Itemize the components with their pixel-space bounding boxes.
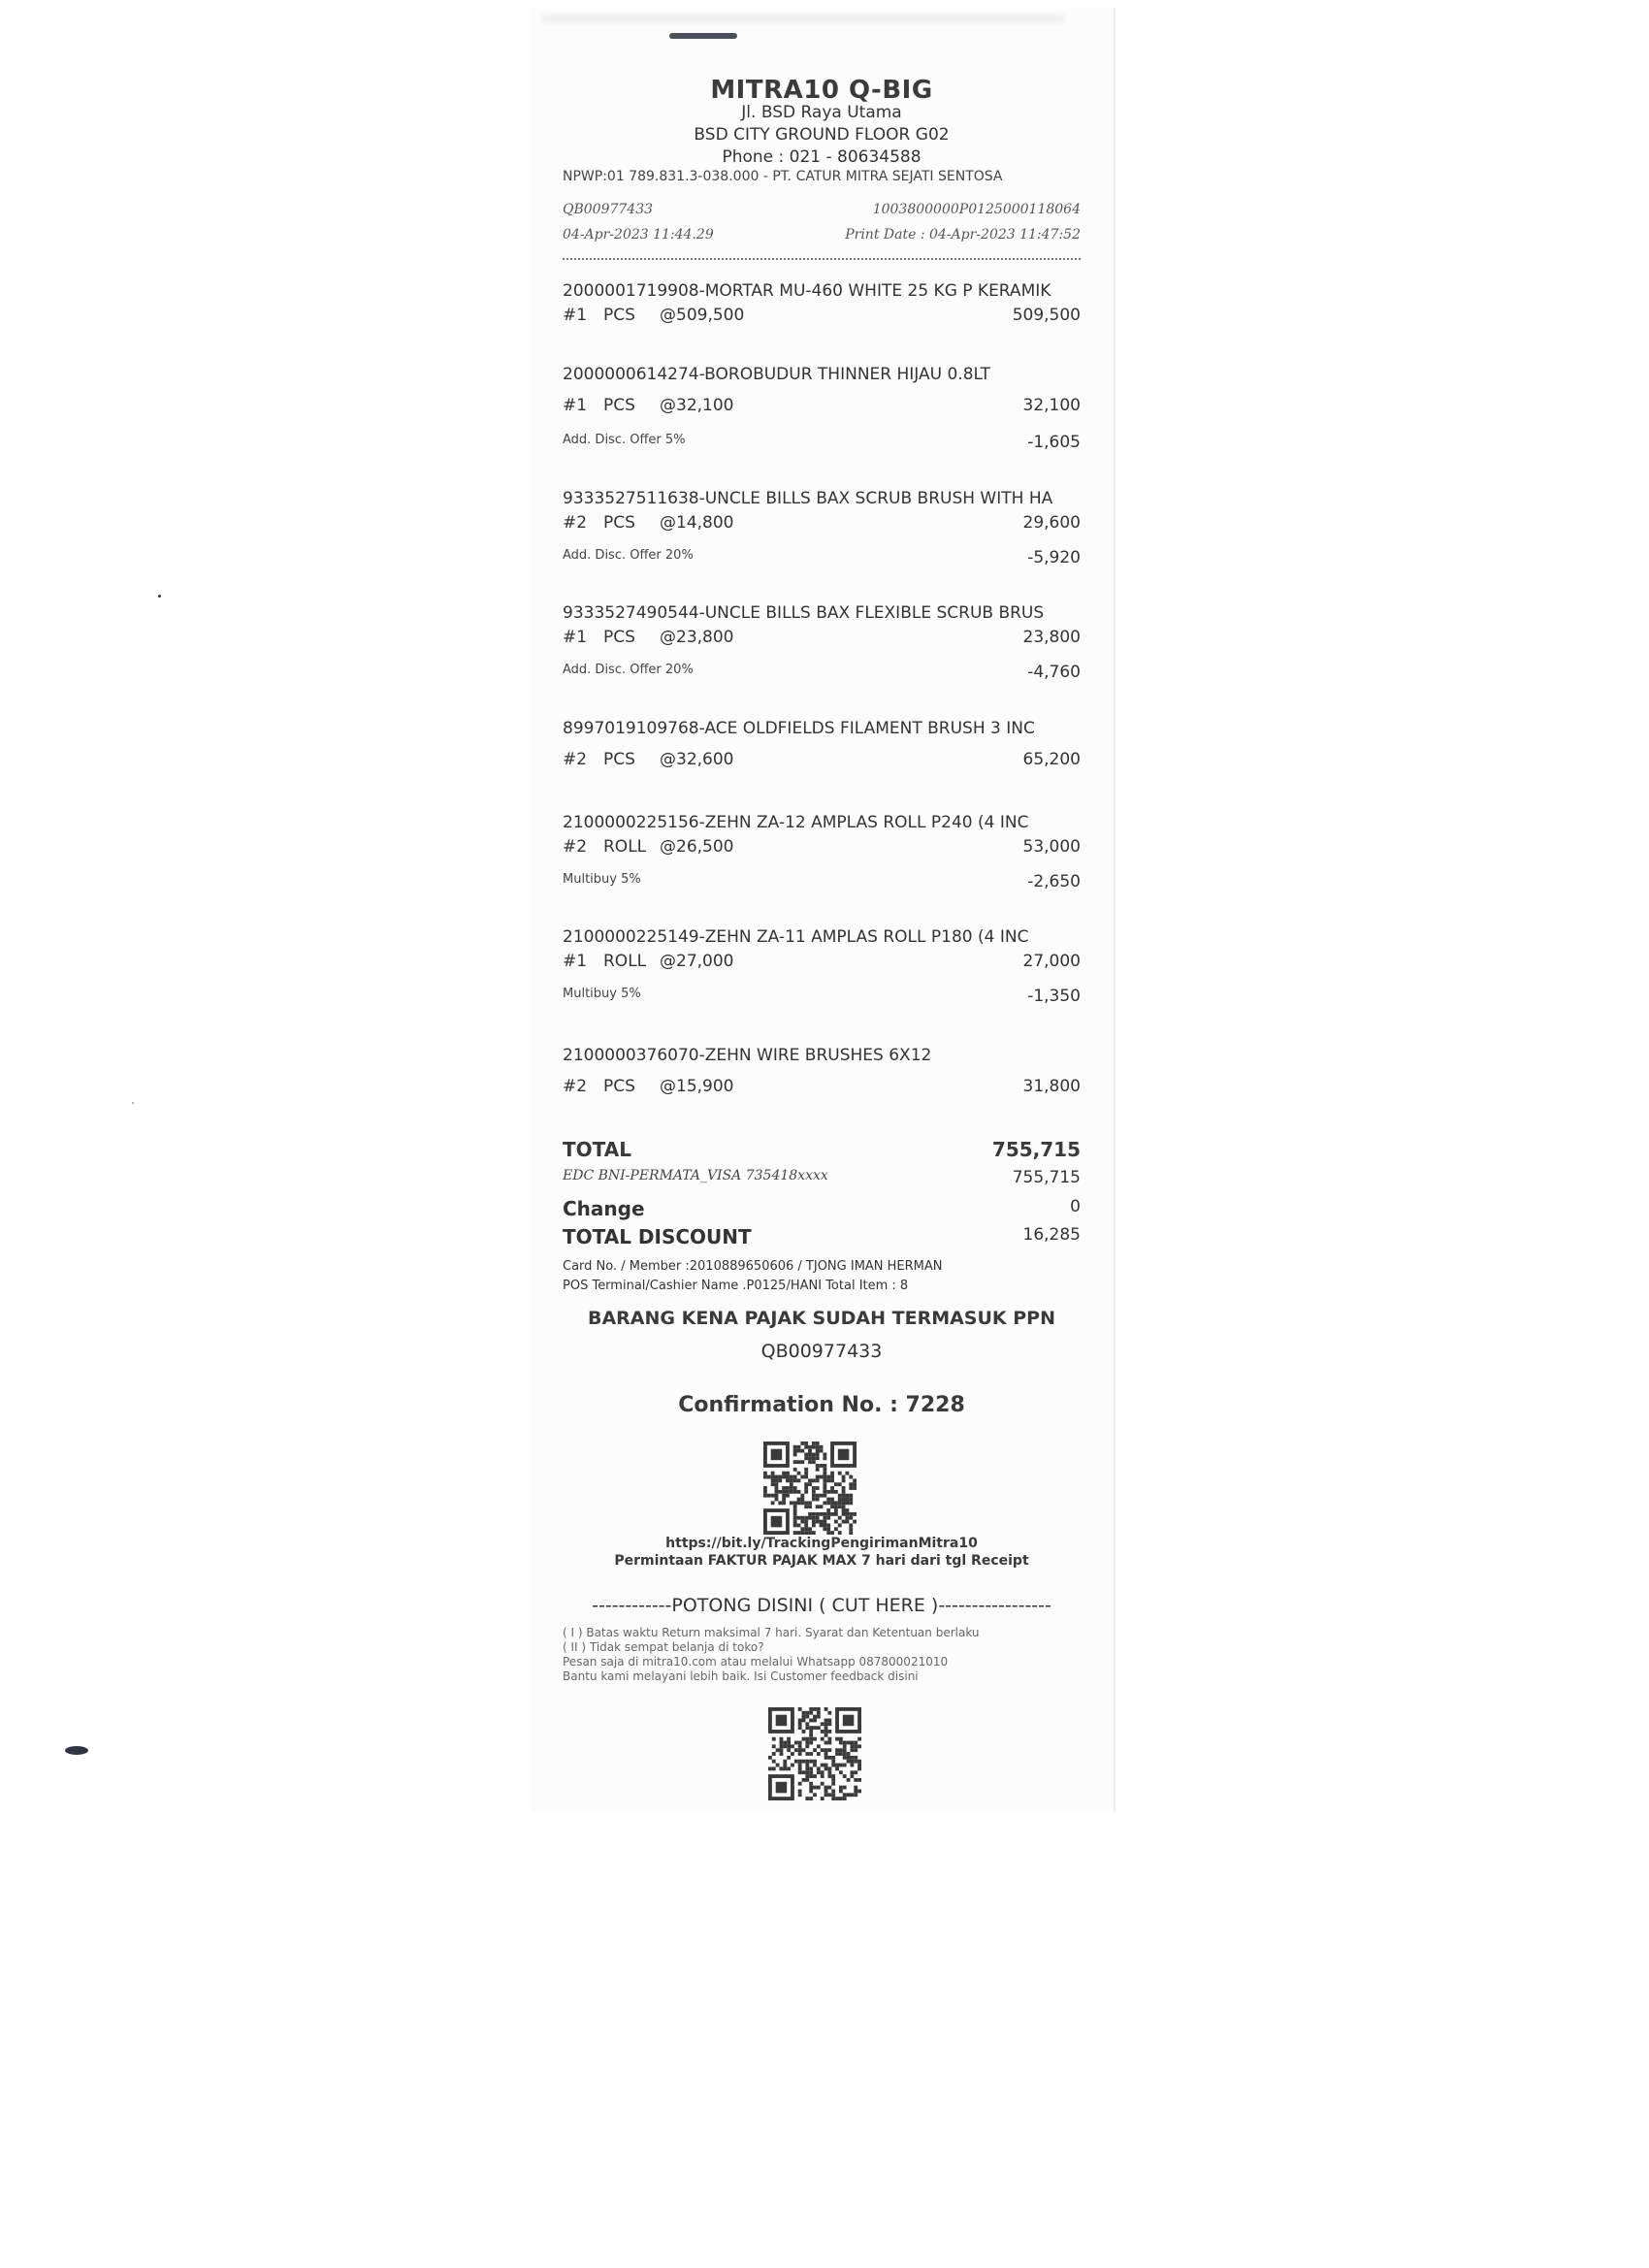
discount-label: Add. Disc. Offer 20%	[563, 548, 694, 567]
item-discount: Add. Disc. Offer 20%-4,760	[563, 663, 1081, 682]
change-value: 0	[1070, 1197, 1081, 1220]
discount-label: Multibuy 5%	[563, 872, 641, 891]
discount-label: Add. Disc. Offer 20%	[563, 663, 694, 682]
fine-print: ( I ) Batas waktu Return maksimal 7 hari…	[563, 1626, 1081, 1684]
print-date: Print Date : 04-Apr-2023 11:47:52	[845, 227, 1081, 243]
item-line: #1PCS@32,10032,100	[563, 396, 1081, 415]
faded-print	[541, 14, 1065, 23]
member-info: Card No. / Member :2010889650606 / TJONG…	[563, 1259, 1081, 1274]
cut-here-line: ------------POTONG DISINI ( CUT HERE )--…	[563, 1595, 1081, 1616]
receipt-number: QB00977433	[563, 202, 653, 217]
item-unit-price: @32,100	[660, 396, 1023, 415]
item-description: 2100000376070-ZEHN WIRE BRUSHES 6X12	[563, 1046, 1081, 1065]
item-amount: 53,000	[1023, 837, 1081, 857]
header-divider	[563, 258, 1081, 260]
item-unit-price: @509,500	[660, 306, 1013, 325]
item-line: #1ROLL@27,00027,000	[563, 952, 1081, 971]
store-phone: Phone : 021 - 80634588	[563, 147, 1081, 167]
store-address-line2: BSD CITY GROUND FLOOR G02	[563, 125, 1081, 145]
payment-method: EDC BNI-PERMATA_VISA 735418xxxx	[563, 1168, 828, 1187]
discount-amount: -1,350	[1027, 987, 1081, 1006]
tax-note: BARANG KENA PAJAK SUDAH TERMASUK PPN	[563, 1308, 1081, 1329]
item-description: 8997019109768-ACE OLDFIELDS FILAMENT BRU…	[563, 719, 1081, 738]
item-amount: 29,600	[1023, 513, 1081, 533]
item-discount: Multibuy 5%-2,650	[563, 872, 1081, 891]
discount-label: Multibuy 5%	[563, 987, 641, 1006]
discount-amount: -4,760	[1027, 663, 1081, 682]
item-line: #1PCS@23,80023,800	[563, 628, 1081, 647]
item-unit: ROLL	[603, 837, 660, 857]
item-description: 2100000225156-ZEHN ZA-12 AMPLAS ROLL P24…	[563, 813, 1081, 832]
item-quantity: #2	[563, 837, 603, 857]
cashier-info: POS Terminal/Cashier Name .P0125/HANI To…	[563, 1279, 1081, 1293]
total-label: TOTAL	[563, 1138, 631, 1161]
fine-print-line: Pesan saja di mitra10.com atau melalui W…	[563, 1655, 1081, 1669]
scan-speck	[65, 1746, 88, 1755]
payment-row: EDC BNI-PERMATA_VISA 735418xxxx 755,715	[563, 1168, 1081, 1187]
item-amount: 27,000	[1023, 952, 1081, 971]
fine-print-line: ( I ) Batas waktu Return maksimal 7 hari…	[563, 1626, 1081, 1640]
item-amount: 23,800	[1023, 628, 1081, 647]
fine-print-line: ( II ) Tidak sempat belanja di toko?	[563, 1640, 1081, 1655]
footer-receipt-number: QB00977433	[563, 1341, 1081, 1362]
total-row: TOTAL 755,715	[563, 1138, 1081, 1161]
item-discount: Multibuy 5%-1,350	[563, 987, 1081, 1006]
item-unit: PCS	[603, 1077, 660, 1096]
item-description: 2000000614274-BOROBUDUR THINNER HIJAU 0.…	[563, 365, 1081, 384]
faktur-note: Permintaan FAKTUR PAJAK MAX 7 hari dari …	[563, 1553, 1081, 1569]
item-description: 9333527490544-UNCLE BILLS BAX FLEXIBLE S…	[563, 603, 1081, 623]
item-discount: Add. Disc. Offer 20%-5,920	[563, 548, 1081, 567]
discount-amount: -5,920	[1027, 548, 1081, 567]
total-discount-value: 16,285	[1023, 1225, 1081, 1248]
item-quantity: #1	[563, 396, 603, 415]
total-value: 755,715	[992, 1138, 1081, 1161]
item-unit-price: @27,000	[660, 952, 1023, 971]
item-unit: ROLL	[603, 952, 660, 971]
total-discount-row: TOTAL DISCOUNT 16,285	[563, 1225, 1081, 1248]
store-name: MITRA10 Q-BIG	[563, 76, 1081, 105]
receipt-meta-row-2: 04-Apr-2023 11:44.29 Print Date : 04-Apr…	[563, 227, 1081, 243]
store-address-line1: Jl. BSD Raya Utama	[563, 103, 1081, 122]
item-unit: PCS	[603, 396, 660, 415]
confirmation-number: Confirmation No. : 7228	[563, 1393, 1081, 1417]
item-unit: PCS	[603, 513, 660, 533]
item-quantity: #2	[563, 750, 603, 769]
item-unit-price: @23,800	[660, 628, 1023, 647]
tracking-qr-code-icon[interactable]	[763, 1442, 857, 1535]
item-unit-price: @14,800	[660, 513, 1023, 533]
receipt-meta-row-1: QB00977433 1003800000P0125000118064	[563, 202, 1081, 217]
item-quantity: #1	[563, 306, 603, 325]
fine-print-line: Bantu kami melayani lebih baik. Isi Cust…	[563, 1669, 1081, 1684]
item-amount: 509,500	[1013, 306, 1081, 325]
discount-amount: -1,605	[1027, 433, 1081, 452]
item-line: #2PCS@14,80029,600	[563, 513, 1081, 533]
paper-tear-mark	[669, 33, 737, 39]
scan-speck	[132, 1102, 134, 1104]
item-quantity: #1	[563, 628, 603, 647]
item-line: #2PCS@32,60065,200	[563, 750, 1081, 769]
receipt-paper: MITRA10 Q-BIG Jl. BSD Raya Utama BSD CIT…	[532, 8, 1115, 1812]
change-row: Change 0	[563, 1197, 1081, 1220]
item-description: 2000001719908-MORTAR MU-460 WHITE 25 KG …	[563, 281, 1081, 301]
item-unit: PCS	[603, 306, 660, 325]
item-amount: 65,200	[1023, 750, 1081, 769]
scan-speck	[158, 595, 161, 598]
item-description: 2100000225149-ZEHN ZA-11 AMPLAS ROLL P18…	[563, 927, 1081, 947]
item-quantity: #2	[563, 1077, 603, 1096]
item-unit-price: @26,500	[660, 837, 1023, 857]
reference-number: 1003800000P0125000118064	[873, 202, 1081, 217]
item-unit-price: @32,600	[660, 750, 1023, 769]
tracking-url[interactable]: https://bit.ly/TrackingPengirimanMitra10	[563, 1536, 1081, 1551]
item-discount: Add. Disc. Offer 5%-1,605	[563, 433, 1081, 452]
feedback-qr-code-icon[interactable]	[768, 1707, 861, 1800]
item-quantity: #2	[563, 513, 603, 533]
item-unit-price: @15,900	[660, 1077, 1023, 1096]
total-discount-label: TOTAL DISCOUNT	[563, 1225, 752, 1248]
payment-value: 755,715	[1013, 1168, 1081, 1187]
item-line: #1PCS@509,500509,500	[563, 306, 1081, 325]
item-line: #2ROLL@26,50053,000	[563, 837, 1081, 857]
item-unit: PCS	[603, 750, 660, 769]
item-description: 9333527511638-UNCLE BILLS BAX SCRUB BRUS…	[563, 489, 1081, 508]
item-amount: 31,800	[1023, 1077, 1081, 1096]
change-label: Change	[563, 1197, 645, 1220]
item-quantity: #1	[563, 952, 603, 971]
discount-amount: -2,650	[1027, 872, 1081, 891]
item-line: #2PCS@15,90031,800	[563, 1077, 1081, 1096]
item-amount: 32,100	[1023, 396, 1081, 415]
transaction-datetime: 04-Apr-2023 11:44.29	[563, 227, 714, 243]
discount-label: Add. Disc. Offer 5%	[563, 433, 686, 452]
item-unit: PCS	[603, 628, 660, 647]
store-npwp: NPWP:01 789.831.3-038.000 - PT. CATUR MI…	[563, 169, 1081, 184]
